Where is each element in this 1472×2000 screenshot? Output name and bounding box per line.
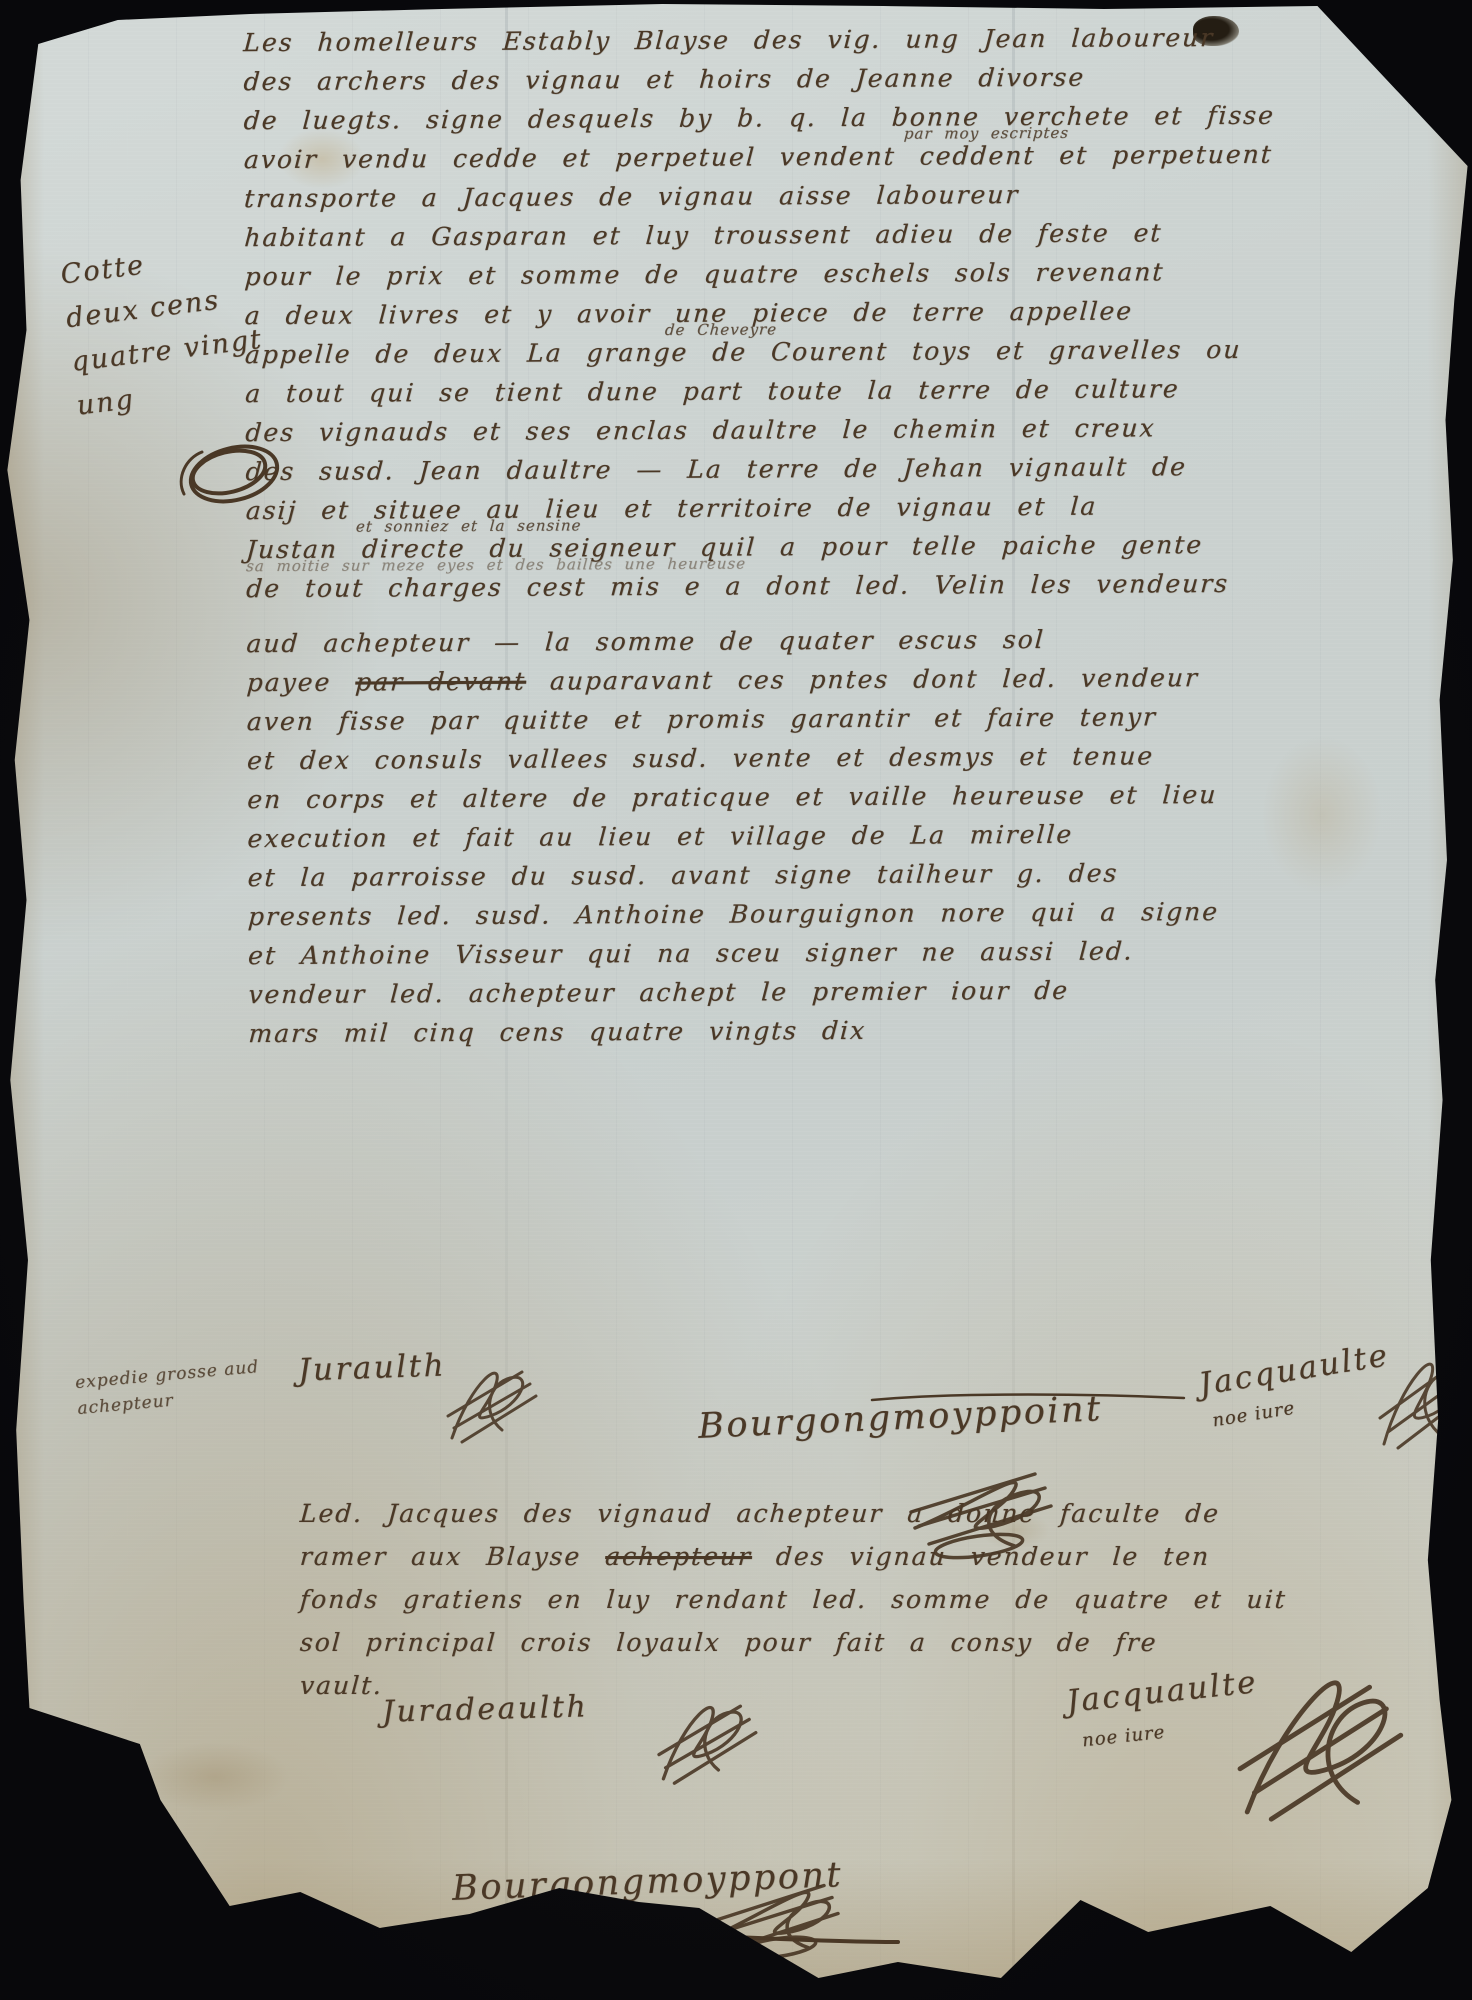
signature-underline-icon	[498, 1930, 902, 1950]
stain	[140, 1742, 290, 1812]
manuscript-line: de tout charges cest mis e a dont led. V…	[245, 563, 1438, 608]
manuscript-line: appelle de deux La grange de Courent toy…	[244, 329, 1437, 374]
manuscript-line: fonds gratiens en luy rendant led. somme…	[298, 1578, 1431, 1621]
manuscript-line: ramer aux Blayse achepteur des vignau ve…	[298, 1535, 1431, 1578]
manuscript-line: habitant a Gasparan et luy troussent adi…	[243, 212, 1436, 257]
manuscript-line: aud achepteur — la somme de quater escus…	[245, 618, 1438, 663]
signature-paraph-icon	[438, 1340, 538, 1460]
signature-paraph-icon	[1228, 1640, 1408, 1840]
expedition-note: expedie grosse aud achepteur	[74, 1354, 262, 1422]
manuscript-line: Led. Jacques des vignaud achepteur a don…	[298, 1492, 1431, 1535]
manuscript-line: des susd. Jean daultre — La terre de Jeh…	[244, 446, 1437, 491]
signature-jurault-2: Juradeaulth	[382, 1689, 589, 1729]
manuscript-line: pour le prix et somme de quatre eschels …	[243, 251, 1436, 296]
signature-jurault-1: Juraulth	[297, 1347, 446, 1388]
manuscript-line: presents led. susd. Anthoine Bourguignon…	[247, 891, 1440, 936]
manuscript-line: payee par devant auparavant ces pntes do…	[246, 657, 1439, 702]
manuscript-line: avoir vendu cedde et perpetuel vendent c…	[243, 134, 1436, 179]
manuscript-line: aven fisse par quitte et promis garantir…	[246, 696, 1439, 741]
scan-background: Cottedeux censquatre vingtung Les homell…	[0, 0, 1472, 2000]
manuscript-line: vendeur led. achepteur achept le premier…	[247, 969, 1440, 1014]
jacquault-subscript-2: noe iure	[1081, 1722, 1166, 1752]
manuscript-line: execution et fait au lieu et village de …	[246, 813, 1439, 858]
manuscript-line: des archers des vignau et hoirs de Jeann…	[242, 56, 1435, 101]
signature-jacquault-1: Jacquaulte	[1196, 1337, 1392, 1403]
signature-paraph-icon	[648, 1672, 758, 1802]
jacquault-subscript-1: noe iure	[1211, 1398, 1297, 1432]
manuscript-line: et dex consuls vallees susd. vente et de…	[246, 735, 1439, 780]
manuscript-line: Les homelleurs Estably Blayse des vig. u…	[242, 17, 1435, 62]
manuscript-line: transporte a Jacques de vignau aisse lab…	[243, 173, 1436, 218]
manuscript-line: mars mil cinq cens quatre vingts dix	[247, 1008, 1440, 1053]
manuscript-line: des vignauds et ses enclas daultre le ch…	[244, 407, 1437, 452]
manuscript-paper: Cottedeux censquatre vingtung Les homell…	[0, 0, 1472, 2000]
manuscript-line: a tout qui se tient dune part toute la t…	[244, 368, 1437, 413]
manuscript-line: et la parroisse du susd. avant signe tai…	[247, 852, 1440, 897]
signature-paraph-icon	[1372, 1330, 1468, 1470]
manuscript-line: en corps et altere de praticque et vaill…	[246, 774, 1439, 819]
manuscript-line: et Anthoine Visseur qui na sceu signer n…	[247, 930, 1440, 975]
deed-paragraph-1: Les homelleurs Estably Blayse des vig. u…	[243, 17, 1438, 1053]
